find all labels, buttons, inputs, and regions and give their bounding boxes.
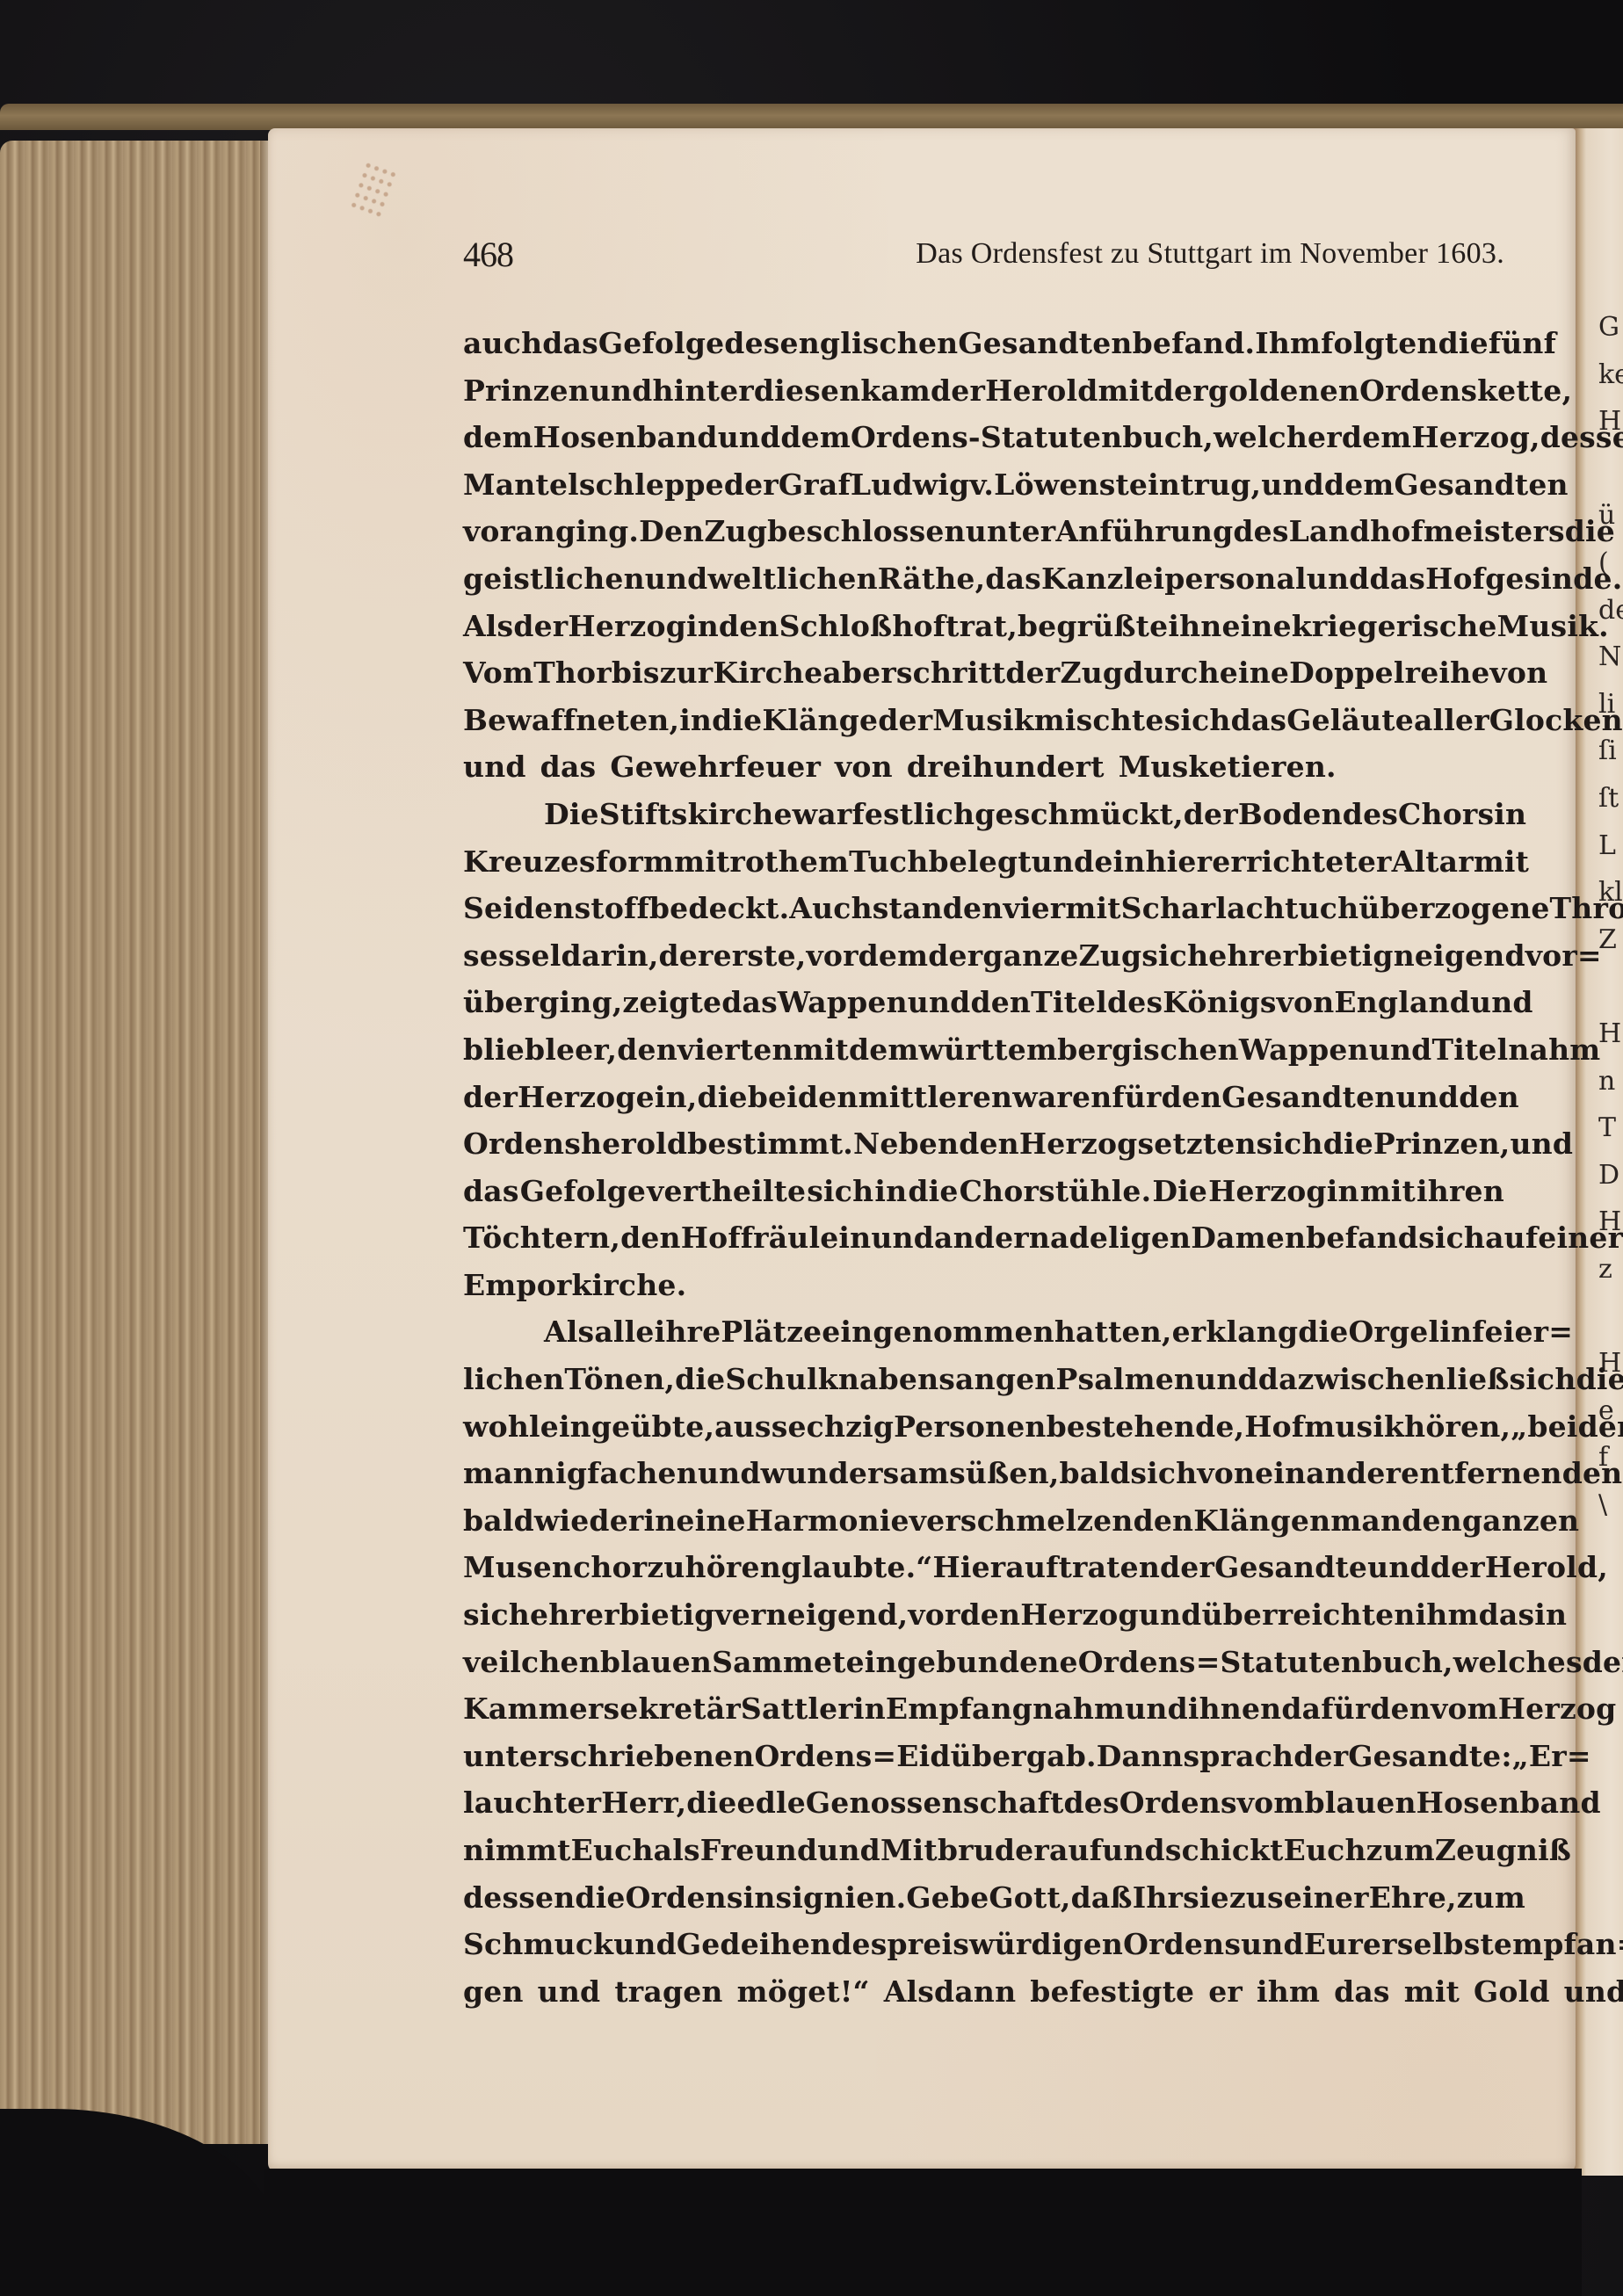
word: des [1064, 1779, 1119, 1827]
word: ihm [1416, 1591, 1479, 1639]
word: den [1370, 1685, 1431, 1733]
word: mit [1065, 885, 1120, 932]
word: und [1564, 1968, 1623, 2016]
word: preiswürdigen [887, 1921, 1123, 1968]
word: Schmuck [463, 1921, 613, 1968]
word: hören, [1404, 1403, 1511, 1451]
word: zum [1366, 1827, 1435, 1874]
word: Herzog [568, 603, 686, 650]
word: der [1431, 1544, 1485, 1591]
word: und [1032, 838, 1095, 886]
word: welcher [1214, 414, 1342, 461]
word: Tönen, [564, 1356, 675, 1403]
word: festlich [851, 791, 975, 838]
word: gen [463, 1968, 524, 2016]
word: und [613, 1921, 677, 1968]
word: diesen [754, 367, 860, 415]
word: Die [544, 791, 599, 838]
word: sich [807, 1168, 873, 1215]
word: bald [463, 1497, 534, 1545]
word: Ordens [1123, 1921, 1241, 1968]
word: überzogene [1359, 885, 1549, 932]
word: Herold, [1485, 1544, 1608, 1591]
word: hinter [653, 367, 754, 415]
word: vierten [677, 1026, 793, 1074]
word: und [1510, 1120, 1573, 1168]
word: und [1139, 1591, 1202, 1639]
word: möget!“ [737, 1968, 870, 2016]
word: den [719, 603, 779, 650]
word: Gesandten [1395, 461, 1569, 509]
word: ging, [539, 979, 622, 1026]
word: das [985, 555, 1041, 603]
word: Thron= [1550, 885, 1623, 932]
word: blauen [1304, 1779, 1416, 1827]
word: Hosenband [1417, 1779, 1601, 1827]
text-line: Emporkirche. [463, 1262, 1504, 1309]
word: Orgel [1348, 1308, 1439, 1356]
text-line: unterschriebenenOrdens=Eidübergab.Dannsp… [463, 1733, 1504, 1780]
word: einer [1538, 1214, 1623, 1262]
word: den [970, 979, 1031, 1026]
word: Graf [779, 461, 851, 509]
word: Alsdann [884, 1968, 1017, 2016]
word: „Er= [1512, 1733, 1591, 1780]
word: Wappen [1239, 1026, 1369, 1074]
word: Landhofmeisters [1289, 508, 1565, 555]
word: Sammet [712, 1639, 846, 1686]
text-line: derHerzogein,diebeidenmittlerenwarenfürd… [463, 1074, 1504, 1121]
word: blieb [463, 1026, 545, 1074]
word: Thor [533, 649, 612, 697]
text-line: lichenTönen,dieSchulknabensangenPsalmenu… [463, 1356, 1504, 1403]
word: erste, [714, 932, 807, 980]
word: eine [1220, 649, 1289, 697]
word: hören [685, 1544, 781, 1591]
word: und [590, 367, 653, 415]
word: mit [1098, 367, 1153, 415]
word: Ihm [1255, 320, 1321, 367]
word: Herold [985, 367, 1098, 415]
word: folgten [1321, 320, 1438, 367]
word: Musik [932, 697, 1034, 744]
word: war [793, 791, 852, 838]
text-line: lauchterHerr,dieedleGenossenschaftdesOrd… [463, 1779, 1504, 1827]
word: edle [737, 1779, 806, 1827]
word: Gebe [906, 1874, 989, 1922]
word: daß [1071, 1874, 1133, 1922]
word: eingenommen [822, 1308, 1054, 1356]
word: die [675, 1356, 725, 1403]
word: durch [1123, 649, 1220, 697]
word: goldenen [1208, 367, 1359, 415]
word: dem [1342, 414, 1412, 461]
word: Altar [1392, 838, 1474, 886]
word: Gewehrfeuer [610, 743, 821, 791]
word: Prinzen, [1373, 1120, 1511, 1168]
word: vor= [1525, 932, 1602, 980]
word: deren [1578, 1403, 1623, 1451]
text-line: wohleingeübte,aussechzigPersonenbestehen… [463, 1403, 1504, 1451]
word: und [1195, 1356, 1258, 1403]
text-line: unddasGewehrfeuervondreihundertMusketier… [463, 743, 1504, 791]
word: Glocken [1489, 697, 1623, 744]
word: den [620, 1214, 681, 1262]
word: Freund [700, 1827, 818, 1874]
word: geistlichen [463, 555, 645, 603]
word: Musenchor [463, 1544, 647, 1591]
word: Personen [894, 1403, 1046, 1451]
word: Euch [571, 1827, 654, 1874]
word: Hoffräulein [681, 1214, 872, 1262]
word: welches [1453, 1639, 1583, 1686]
text-line: PrinzenundhinterdiesenkamderHeroldmitder… [463, 367, 1504, 415]
word: das [542, 320, 598, 367]
word: Chorstühle. [960, 1168, 1152, 1215]
word: Euch [1284, 1827, 1366, 1874]
word: Prinzen [463, 367, 590, 415]
word: die [575, 1874, 625, 1922]
word: empfan= [1494, 1921, 1623, 1968]
word: vor [908, 1591, 960, 1639]
word: darin, [561, 932, 658, 980]
word: v. [969, 461, 994, 509]
text-line: MantelschleppederGrafLudwigv.Löwensteint… [463, 461, 1504, 509]
word: waren [1012, 1074, 1112, 1121]
word: Harmonie [746, 1497, 909, 1545]
word: hier [1145, 838, 1212, 886]
word: Hofgesinde. [1425, 555, 1622, 603]
word: und [1241, 1921, 1304, 1968]
word: mit [793, 1026, 849, 1074]
word: der [513, 603, 568, 650]
word: ein [1094, 838, 1145, 886]
word: Schloßhof [779, 603, 946, 650]
word: das [463, 1168, 519, 1215]
word: Hofmusik [1244, 1403, 1404, 1451]
word: und [871, 1214, 934, 1262]
word: unterschriebenen [463, 1733, 754, 1780]
word: Seidenstoff [463, 885, 649, 932]
word: Psalmen [1056, 1356, 1196, 1403]
word: den [617, 1026, 677, 1074]
word: Gefolge [520, 1168, 646, 1215]
word: als [654, 1827, 700, 1874]
word: Chors [1398, 791, 1494, 838]
word: ihm [1257, 1968, 1320, 2016]
word: Zug [1060, 649, 1123, 697]
word: von [1197, 1450, 1255, 1497]
word: des [724, 320, 779, 367]
word: Herzog [1498, 1685, 1617, 1733]
word: tragen [614, 1968, 722, 2016]
word: des [831, 1921, 887, 1968]
word: vom [1431, 1685, 1498, 1733]
word: den [1459, 1074, 1519, 1121]
word: ihre [655, 1308, 721, 1356]
word: Kirche [713, 649, 822, 697]
word: sich [1164, 697, 1231, 744]
word: Damen [1191, 1214, 1306, 1262]
word: England [1334, 979, 1470, 1026]
word: aus [714, 1403, 772, 1451]
word: befestigte [1030, 1968, 1194, 2016]
word: sich [1130, 1450, 1197, 1497]
word: bald [1059, 1450, 1130, 1497]
word: fünf [1489, 320, 1556, 367]
word: Gedeihen [677, 1921, 831, 1968]
body-text: auchdasGefolgedesenglischenGesandtenbefa… [463, 320, 1504, 2015]
word: den [960, 1591, 1021, 1639]
word: man [1330, 1497, 1402, 1545]
text-line: dasGefolgevertheiltesichindieChorstühle.… [463, 1168, 1504, 1215]
word: zur [660, 649, 714, 697]
word: Den [639, 508, 704, 555]
word: der [1583, 1639, 1623, 1686]
word: der [1005, 649, 1060, 697]
word: in [643, 1497, 676, 1545]
word: Scharlachtuch [1121, 885, 1359, 932]
word: in [1439, 1308, 1472, 1356]
word: trat, [946, 603, 1018, 650]
page-header: 468 Das Ordensfest zu Stuttgart im Novem… [463, 234, 1504, 278]
word: Ludwig [851, 461, 970, 509]
word: sich [1141, 932, 1208, 980]
word: das [1369, 555, 1425, 603]
word: des [1107, 979, 1163, 1026]
word: traten [1059, 1544, 1160, 1591]
word: ganzen [1462, 1497, 1579, 1545]
word: sich [1418, 1214, 1485, 1262]
word: kriegerische [1292, 603, 1497, 650]
word: ehrerbietig [1208, 932, 1393, 980]
word: der [659, 932, 714, 980]
word: für [1112, 1074, 1161, 1121]
word: und [463, 743, 526, 791]
book-cover-edge [0, 104, 1623, 130]
word: Herzog [1019, 1120, 1138, 1168]
word: des [1343, 791, 1398, 838]
word: Herzogin [1208, 1168, 1359, 1215]
text-line: überging,zeigtedasWappenunddenTiteldesKö… [463, 979, 1504, 1026]
word: schickt [1165, 1827, 1284, 1874]
word: die [1323, 1120, 1373, 1168]
word: feier= [1472, 1308, 1573, 1356]
word: rothem [729, 838, 849, 886]
word: in [1534, 1591, 1567, 1639]
word: der [931, 367, 985, 415]
word: verschmelzenden [909, 1497, 1193, 1545]
word: bestimmt. [687, 1120, 853, 1168]
word: Stiftskirche [599, 791, 793, 838]
text-line: AlsalleihrePlätzeeingenommenhatten,erkla… [463, 1308, 1504, 1356]
word: vom [1237, 1779, 1305, 1827]
text-line: auchdasGefolgedesenglischenGesandtenbefa… [463, 320, 1504, 367]
word: von [1277, 979, 1335, 1026]
word: sich [1510, 1356, 1576, 1403]
word: Emporkirche. [463, 1262, 686, 1309]
word: sprach [1184, 1733, 1294, 1780]
word: der [1154, 367, 1208, 415]
word: Herzog, [1411, 414, 1540, 461]
word: das [1479, 1591, 1535, 1639]
word: mit [1474, 838, 1529, 886]
word: Musik. [1497, 603, 1609, 650]
word: Klänge [762, 697, 878, 744]
text-line: sesseldarin,dererste,vordemderganzeZugsi… [463, 932, 1504, 980]
word: und [698, 1450, 761, 1497]
text-line: dessendieOrdensinsignien.GebeGott,daßIhr… [463, 1874, 1504, 1922]
word: eingebundene [846, 1639, 1078, 1686]
text-line: geistlichenundweltlichenRäthe,dasKanzlei… [463, 555, 1504, 603]
word: neigend [1394, 932, 1525, 980]
word: und [817, 1827, 880, 1874]
word: Kammersekretär [463, 1685, 741, 1733]
word: beiden [748, 1074, 859, 1121]
word: Boden [1238, 791, 1343, 838]
word: belegt [929, 838, 1032, 886]
text-line: Musenchorzuhörenglaubte.“Hierauftratende… [463, 1544, 1504, 1591]
word: erklang [1172, 1308, 1299, 1356]
word: vier [1003, 885, 1065, 932]
word: glaubte.“ [781, 1544, 933, 1591]
word: die [697, 1074, 747, 1121]
word: Mantelschleppe [463, 461, 724, 509]
word: und [645, 555, 708, 603]
word: zu [1229, 1874, 1267, 1922]
word: übergab. [951, 1733, 1097, 1780]
text-line: nimmtEuchalsFreundundMitbruderaufundschi… [463, 1827, 1504, 1874]
word: Sattler [741, 1685, 853, 1733]
text-line: Seidenstoffbedeckt.AuchstandenviermitSch… [463, 885, 1504, 932]
word: hatten, [1054, 1308, 1172, 1356]
word: Titel [1431, 1026, 1508, 1074]
word: in [874, 1168, 907, 1215]
word: Ihr [1133, 1874, 1183, 1922]
word: und [1102, 1827, 1165, 1874]
word: das [1334, 1968, 1390, 2016]
word: den [1162, 1074, 1222, 1121]
word: dafür [1281, 1685, 1370, 1733]
word: nimmt [463, 1827, 571, 1874]
word: Ordenskette, [1359, 367, 1572, 415]
word: Ordens=Statutenbuch, [1078, 1639, 1453, 1686]
word: mittleren [859, 1074, 1013, 1121]
word: Hierauf [932, 1544, 1058, 1591]
word: dem [780, 414, 851, 461]
page-stack-edge [0, 141, 272, 2144]
word: Als [544, 1308, 594, 1356]
word: vor [806, 932, 858, 980]
word: leer, [545, 1026, 617, 1074]
word: dessen [1540, 414, 1623, 461]
word: in [679, 697, 712, 744]
word: der [1293, 1733, 1348, 1780]
word: ehrerbietig [530, 1591, 714, 1639]
word: dreihundert [907, 743, 1105, 791]
word: sich [1257, 1120, 1323, 1168]
word: in [686, 603, 719, 650]
word: über [463, 979, 539, 1026]
word: Empfang [886, 1685, 1032, 1733]
word: Vom [463, 649, 533, 697]
word: dem [1324, 461, 1395, 509]
word: der [878, 697, 932, 744]
word: vertheilte [647, 1168, 806, 1215]
word: Eurer [1304, 1921, 1397, 1968]
word: veilchenblauen [463, 1639, 712, 1686]
word: „bei [1511, 1403, 1577, 1451]
word: Musketieren. [1119, 743, 1337, 791]
word: Wappen [778, 979, 908, 1026]
word: wieder [534, 1497, 644, 1545]
word: er [1208, 1968, 1243, 2016]
word: Königs [1163, 979, 1276, 1026]
word: Räthe, [878, 555, 986, 603]
text-line: bliebleer,denviertenmitdemwürttembergisc… [463, 1026, 1504, 1074]
word: Die [1152, 1168, 1207, 1215]
word: Ordens=Eid [754, 1733, 950, 1780]
word: aber [822, 649, 896, 697]
word: alle [594, 1308, 654, 1356]
word: von [835, 743, 893, 791]
word: andern [934, 1214, 1050, 1262]
word: von [1490, 649, 1548, 697]
word: der [724, 461, 779, 509]
text-line: genundtragenmöget!“Alsdannbefestigteerih… [463, 1968, 1504, 2016]
word: mit [1360, 1168, 1416, 1215]
word: die [1565, 508, 1615, 555]
word: Zug [1079, 932, 1142, 980]
word: die [686, 1779, 736, 1827]
word: dem [849, 1026, 919, 1074]
word: auch [463, 320, 542, 367]
word: bedeckt. [649, 885, 789, 932]
word: Gefolge [598, 320, 724, 367]
word: in [853, 1685, 886, 1733]
word: Geläute [1286, 697, 1414, 744]
word: sangen [938, 1356, 1055, 1403]
page-number: 468 [463, 234, 513, 275]
word: und [1470, 979, 1533, 1026]
word: und [1307, 555, 1370, 603]
word: Titel [1031, 979, 1107, 1026]
word: zum [1457, 1874, 1525, 1922]
word: Gesandten [958, 320, 1132, 367]
word: befand. [1133, 320, 1256, 367]
text-line: veilchenblauenSammeteingebundeneOrdens=S… [463, 1639, 1504, 1686]
text-line: mannigfachenundwundersamsüßen,baldsichvo… [463, 1450, 1504, 1497]
word: lauchter [463, 1779, 601, 1827]
word: der [463, 1074, 518, 1121]
word: und [1125, 1685, 1188, 1733]
word: Töchtern, [463, 1214, 620, 1262]
word: das [1231, 697, 1287, 744]
word: und [1396, 1074, 1460, 1121]
word: englischen [780, 320, 959, 367]
word: bestehende, [1047, 1403, 1245, 1451]
word: sie [1183, 1874, 1229, 1922]
word: Ordens [1119, 1779, 1237, 1827]
text-line: baldwiederineineHarmonieverschmelzendenK… [463, 1497, 1504, 1545]
word: zu [647, 1544, 685, 1591]
text-line: DieStiftskirchewarfestlichgeschmückt,der… [463, 791, 1504, 838]
word: voranging. [463, 508, 639, 555]
word: die [1576, 1356, 1623, 1403]
word: Tuch [849, 838, 928, 886]
word: sich [463, 1591, 530, 1639]
word: lichen [463, 1356, 564, 1403]
